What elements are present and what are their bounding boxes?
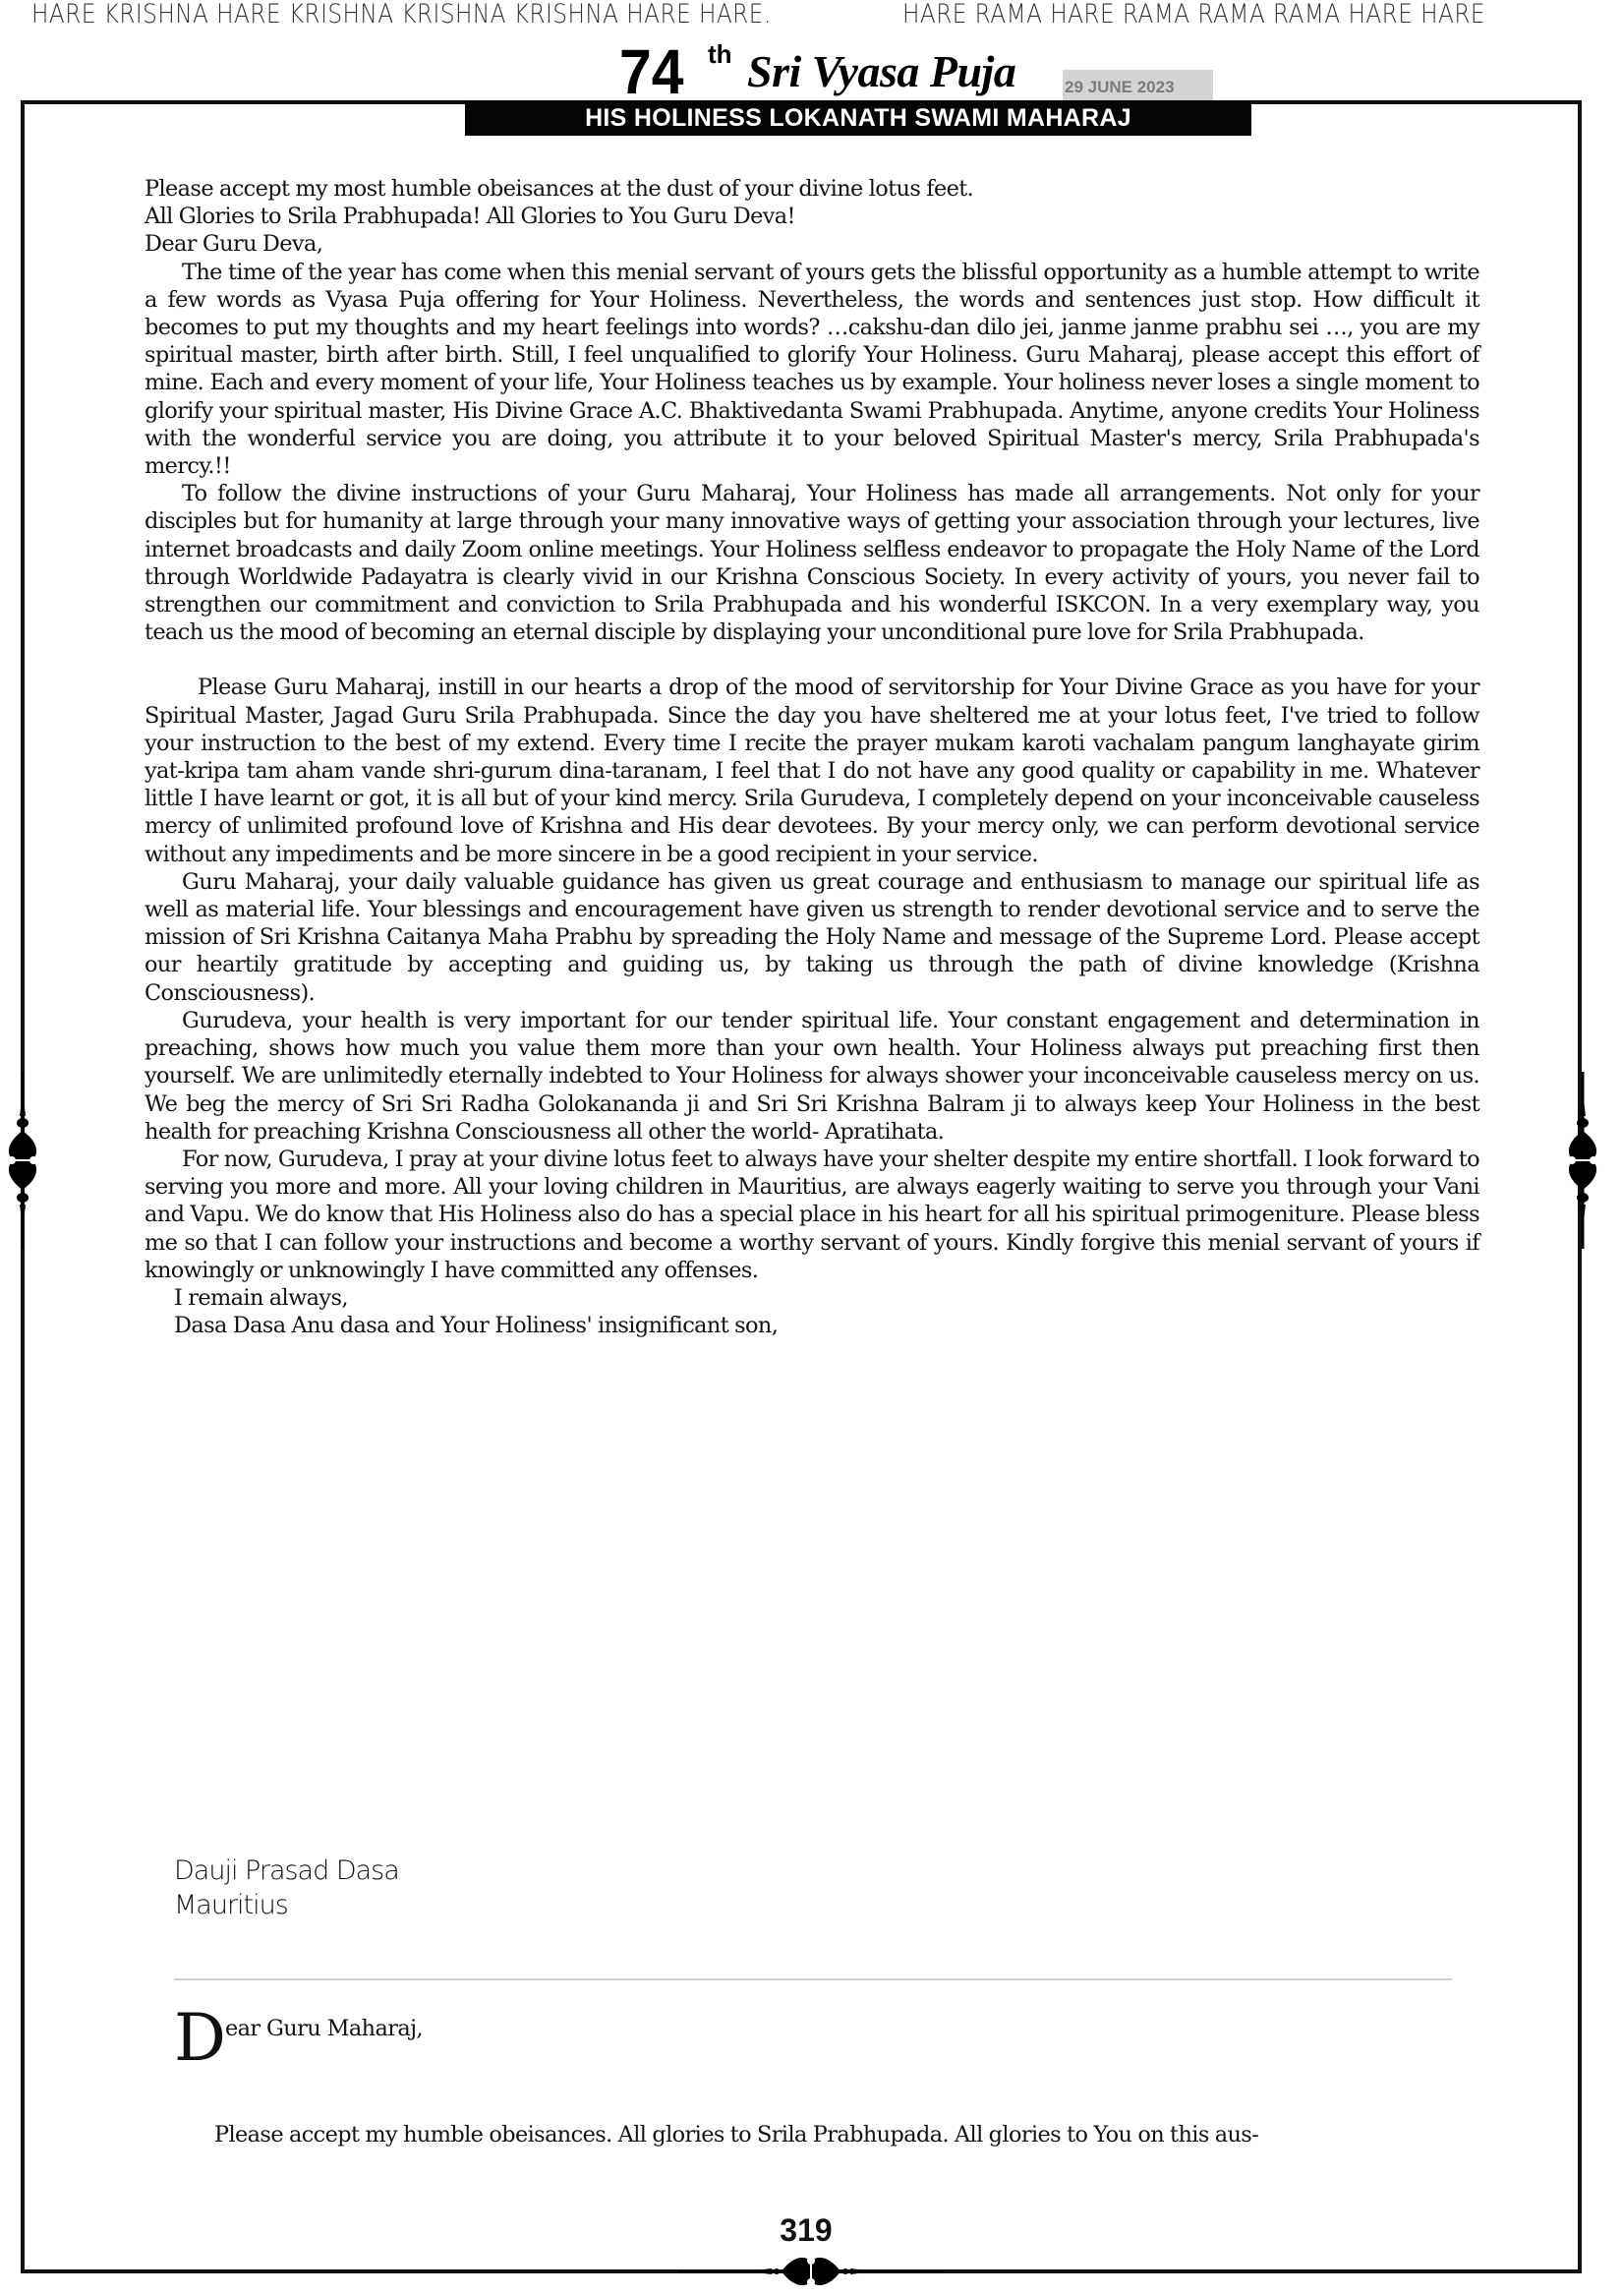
signature-block: Dauji Prasad Dasa Mauritius [174, 1854, 399, 1922]
side-ornament-right-icon [1563, 1072, 1602, 1249]
paragraph: Gurudeva, your health is very important … [145, 1007, 1479, 1146]
paragraph: The time of the year has come when this … [145, 259, 1479, 481]
title-number: 74 [619, 35, 683, 108]
signature-place: Mauritius [174, 1888, 399, 1922]
paragraph: For now, Gurudeva, I pray at your divine… [145, 1146, 1479, 1284]
side-ornament-left-icon [3, 1072, 42, 1249]
drop-cap: D [174, 2006, 224, 2071]
mantra-left: HARE KRISHNA HARE KRISHNA KRISHNA KRISHN… [31, 0, 772, 29]
date-badge: 29 JUNE 2023 [1063, 70, 1213, 101]
title-suffix: th [708, 39, 732, 70]
mantra-right: HARE RAMA HARE RAMA RAMA RAMA HARE HARE [902, 0, 1485, 29]
paragraph: To follow the divine instructions of you… [145, 480, 1479, 646]
letter-divider [174, 1978, 1452, 1980]
second-letter-first-line: Please accept my humble obeisances. All … [214, 2122, 1482, 2148]
closing-line: Dasa Dasa Anu dasa and Your Holiness' in… [145, 1312, 1479, 1339]
greeting: Dear Guru Deva, [145, 230, 1479, 258]
paragraph: Guru Maharaj, your daily valuable guidan… [145, 868, 1479, 1007]
opening-line: All Glories to Srila Prabhupada! All Glo… [145, 203, 1479, 230]
signature-name: Dauji Prasad Dasa [174, 1854, 399, 1888]
title-name: Sri Vyasa Puja [747, 45, 1015, 97]
page-number: 319 [747, 2212, 865, 2249]
bottom-ornament-icon [678, 2252, 944, 2291]
paragraph: Please Guru Maharaj, instill in our hear… [145, 674, 1479, 867]
subtitle-banner: HIS HOLINESS LOKANATH SWAMI MAHARAJ [465, 101, 1251, 136]
opening-line: Please accept my most humble obeisances … [145, 175, 1479, 203]
salutation-text: ear Guru Maharaj, [225, 2016, 423, 2041]
letter-body: Please accept my most humble obeisances … [145, 175, 1479, 1339]
closing-line: I remain always, [145, 1284, 1479, 1312]
mantra-header: HARE KRISHNA HARE KRISHNA KRISHNA KRISHN… [0, 0, 1622, 33]
